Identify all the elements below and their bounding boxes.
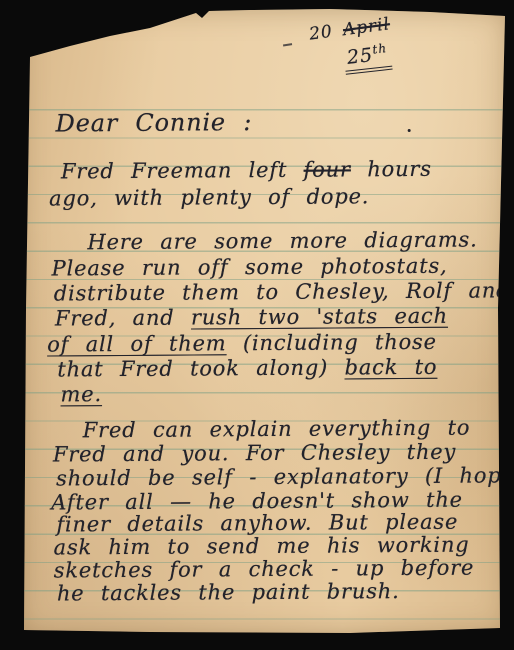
handwriting-layer: 20 April 25th Dear Connie : Fred Freeman… [16,6,512,636]
letter-line: Fred can explain everything to [83,416,471,443]
letter-line: Fred, and rush two 'stats each [55,304,448,331]
salutation-line: Dear Connie : [56,110,253,135]
date-prefix: 20 [308,20,344,44]
text-segment: Fred, and [55,306,191,331]
date-day-suffix: th [372,41,388,57]
text-segment: Fred Freeman left [61,158,304,184]
letter-line: distribute them to Chesley, Rolf and [54,278,511,305]
photo-of-letter: 20 April 25th Dear Connie : Fred Freeman… [0,0,514,650]
stray-ink-mark [283,43,292,46]
letter-line: ago, with plenty of dope. [49,184,369,210]
letter-line: Fred Freeman left four hours [61,157,432,184]
underlined-text: of all of them [47,331,226,356]
struck-date-word: April [342,14,391,40]
text-segment: that Fred took along) [57,355,344,381]
text-segment: distribute them to Chesley, Rolf and [54,278,511,305]
text-segment: (including those [226,330,436,355]
letter-line: that Fred took along) back to [57,355,437,382]
text-segment: Here are some more diagrams. [87,228,477,255]
underlined-text: back to [344,355,437,380]
underlined-text: rush two 'stats each [191,304,448,330]
date-line: 20 April [308,14,391,44]
text-segment: Dear Connie : [56,108,253,137]
date-day-line: 25th [343,41,393,75]
text-segment: Please run off some photostats, [52,254,448,281]
letter-line: should be self - explanatory (I hope). [56,463,514,490]
text-segment: he tackles the paint brush. [57,579,400,605]
text-segment: Fred and you. For Chesley they [53,440,456,467]
struck-word: four [304,157,351,181]
text-segment: sketches for a check - up before [54,556,475,583]
text-segment: hours [351,157,432,182]
letter-line: sketches for a check - up before [54,556,475,583]
letter-line: Please run off some photostats, [52,254,448,281]
stray-ink-dot [408,129,411,132]
letter-line: Fred and you. For Chesley they [53,440,456,467]
date-day: 25th [343,41,393,75]
letter-line: Here are some more diagrams. [87,228,477,255]
text-segment: ago, with plenty of dope. [49,184,369,210]
underlined-text: me. [60,382,102,406]
paper: 20 April 25th Dear Connie : Fred Freeman… [18,8,510,635]
letter-line: of all of them (including those [47,330,437,357]
text-segment: should be self - explanatory (I hope). [56,463,514,490]
text-segment: Fred can explain everything to [83,416,471,443]
letter-line: me. [60,382,102,406]
letter-line: he tackles the paint brush. [57,579,400,605]
